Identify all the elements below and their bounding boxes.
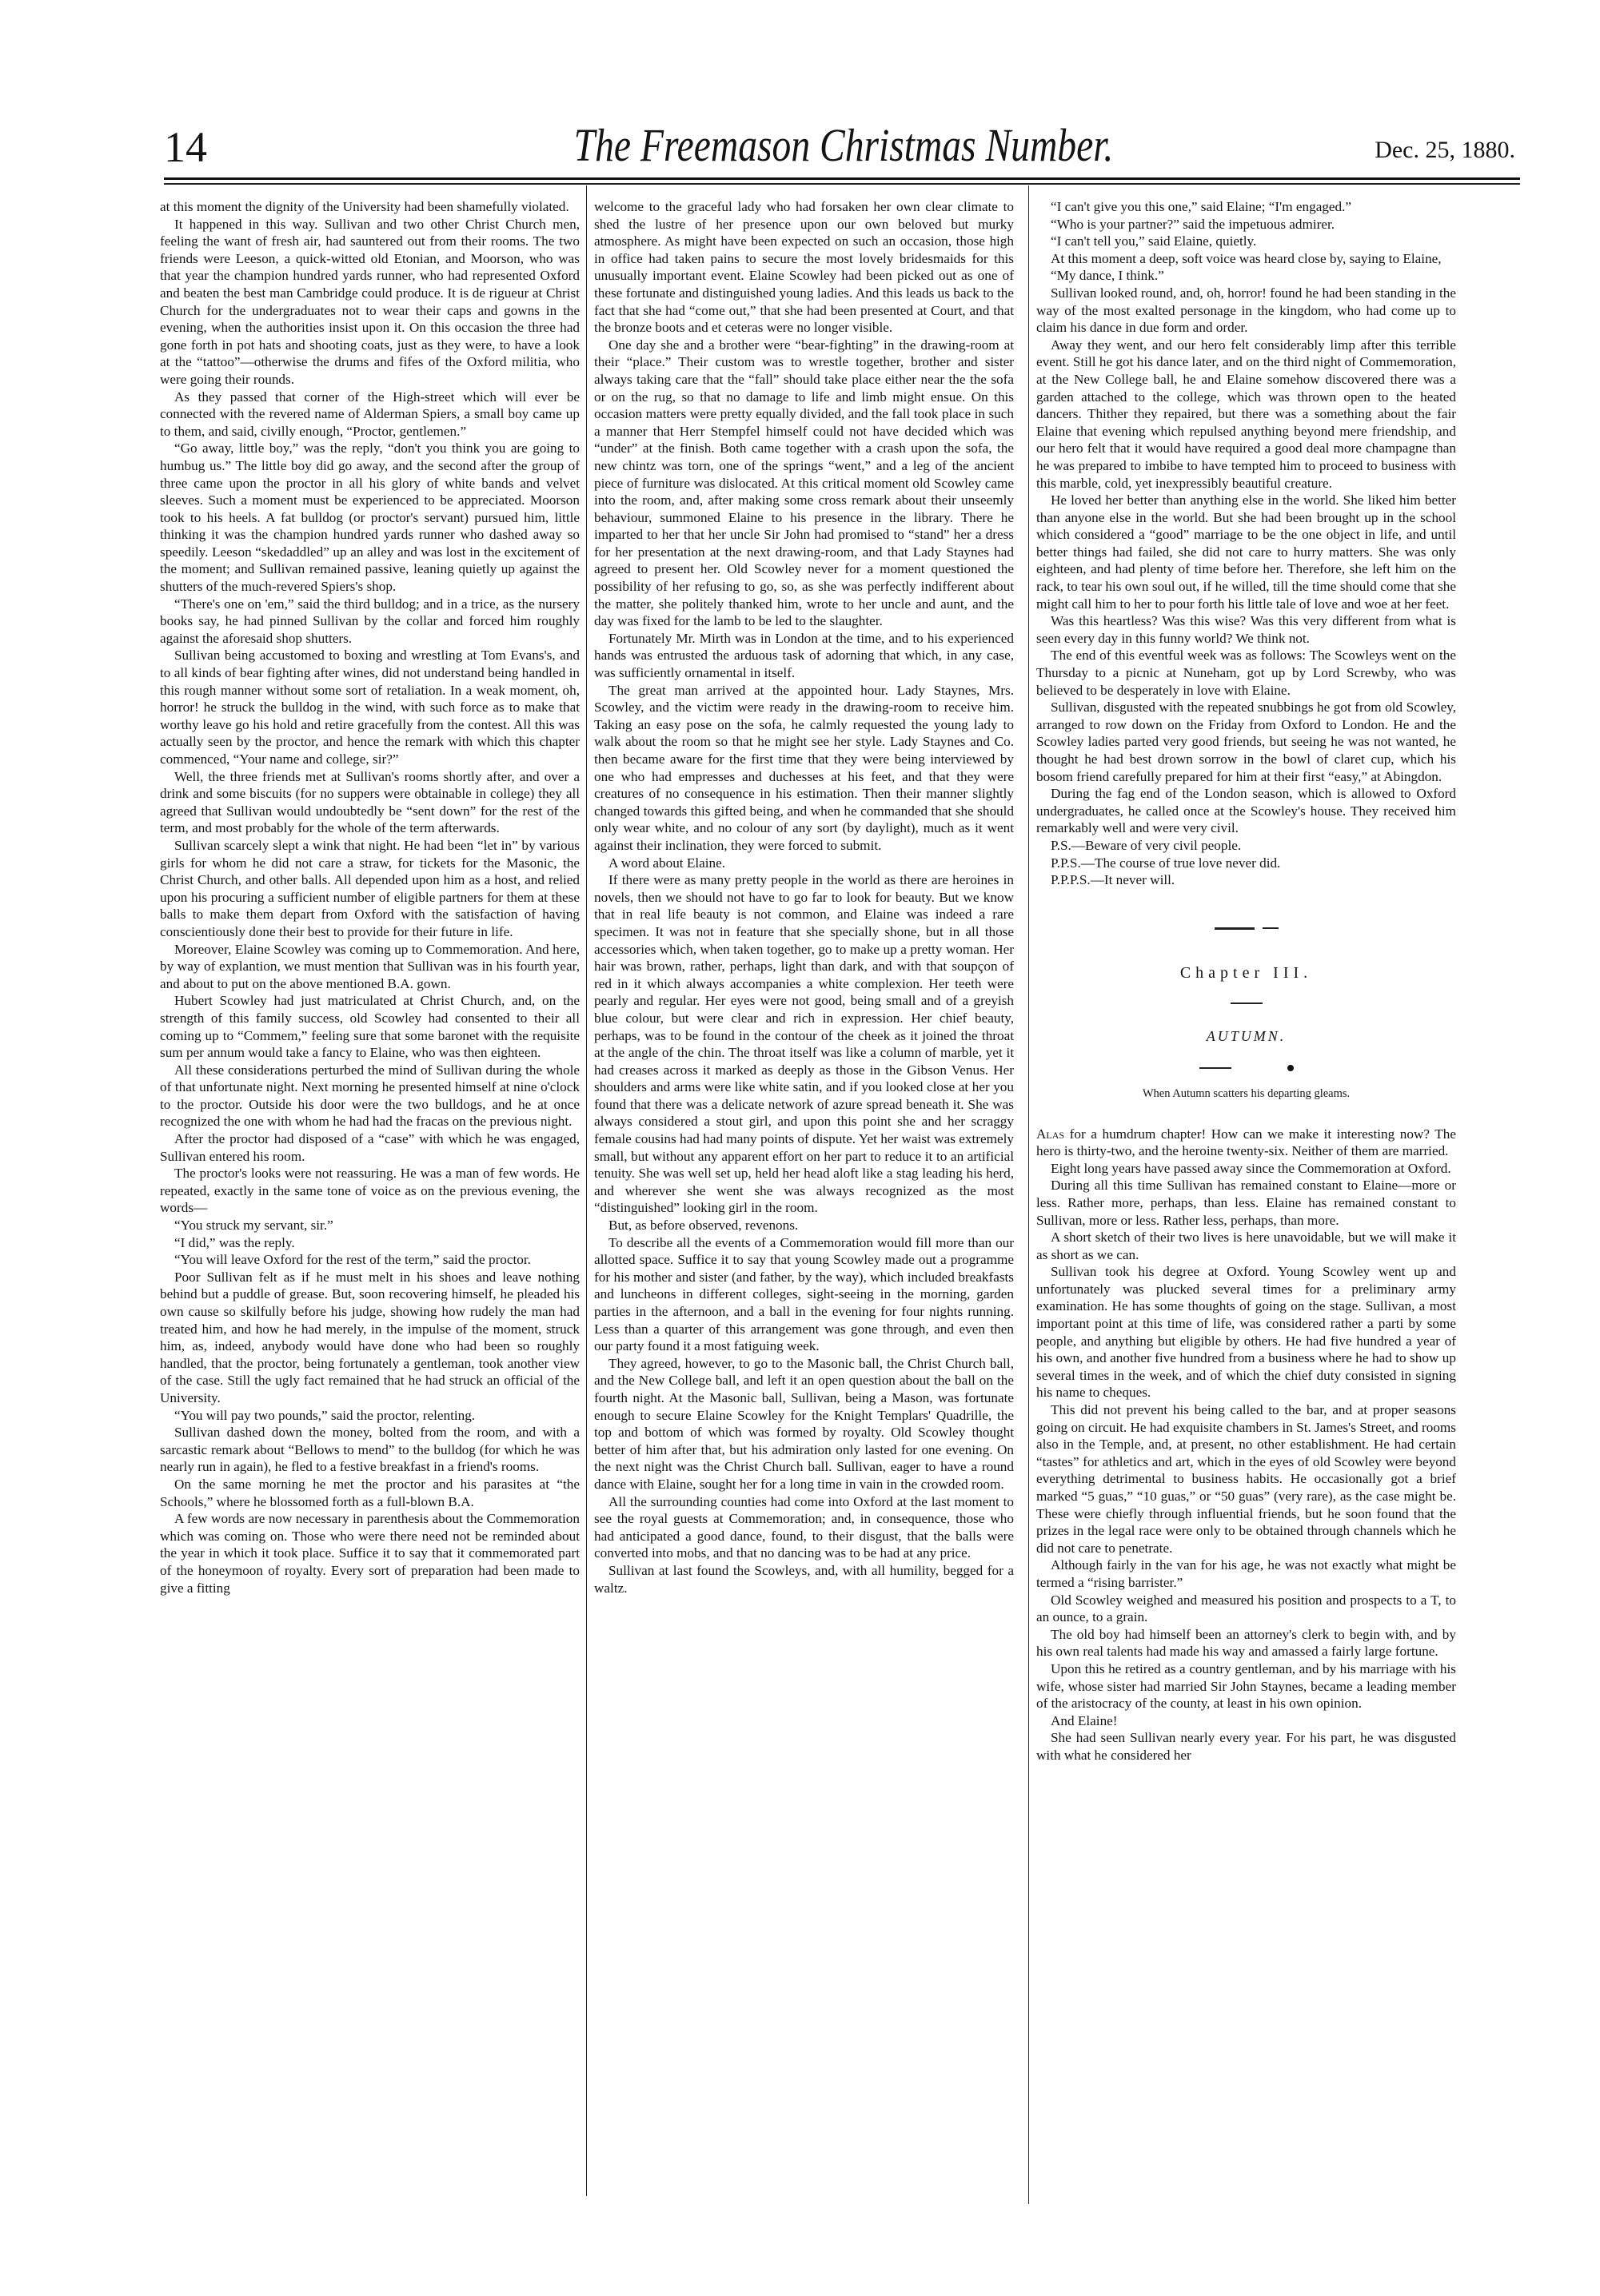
paragraph: As they passed that corner of the High-s… (160, 389, 580, 440)
paragraph: They agreed, however, to go to the Mason… (594, 1355, 1014, 1493)
text-column-3: “I can't give you this one,” said Elaine… (1036, 198, 1456, 1764)
ornament-dot-icon (1287, 1065, 1294, 1071)
paragraph: Moreover, Elaine Scowley was coming up t… (160, 941, 580, 993)
paragraph: Sullivan looked round, and, oh, horror! … (1036, 285, 1456, 337)
column-divider (1028, 185, 1029, 2204)
paragraph: “I can't tell you,” said Elaine, quietly… (1036, 233, 1456, 250)
paragraph: This did not prevent his being called to… (1036, 1401, 1456, 1557)
divider-line (1199, 1067, 1231, 1069)
text-column-2: welcome to the graceful lady who had for… (594, 198, 1014, 1596)
paragraph: Alas for a humdrum chapter! How can we m… (1036, 1126, 1456, 1160)
paragraph: Was this heartless? Was this wise? Was t… (1036, 612, 1456, 647)
paragraph: During the fag end of the London season,… (1036, 785, 1456, 837)
paragraph: Sullivan at last found the Scowleys, and… (594, 1562, 1014, 1596)
newspaper-page: 14 The Freemason Christmas Number. Dec. … (0, 0, 1600, 2296)
paragraph: A short sketch of their two lives is her… (1036, 1229, 1456, 1263)
paragraph: “Who is your partner?” said the impetuou… (1036, 216, 1456, 233)
paragraph: P.P.S.—The course of true love never did… (1036, 855, 1456, 872)
paragraph: Sullivan dashed down the money, bolted f… (160, 1424, 580, 1476)
chapter-3-body: Alas for a humdrum chapter! How can we m… (1036, 1126, 1456, 1764)
header-rule-thick (164, 177, 1520, 180)
divider-line (1215, 927, 1255, 930)
page-number: 14 (164, 123, 207, 171)
paragraph: “Go away, little boy,” was the reply, “d… (160, 440, 580, 595)
paragraph: On the same morning he met the proctor a… (160, 1476, 580, 1510)
issue-date: Dec. 25, 1880. (1375, 134, 1515, 166)
divider-line (1231, 1003, 1263, 1004)
paragraph: Sullivan took his degree at Oxford. Youn… (1036, 1263, 1456, 1401)
paragraph: The great man arrived at the appointed h… (594, 682, 1014, 855)
epigraph: When Autumn scatters his departing gleam… (1036, 1086, 1456, 1103)
paragraph: P.P.P.S.—It never will. (1036, 871, 1456, 889)
chapter-divider (1036, 1003, 1456, 1004)
header-rule-thin (164, 183, 1520, 185)
paragraph: If there were as many pretty people in t… (594, 871, 1014, 1217)
postscripts: P.S.—Beware of very civil people.P.P.S.—… (1036, 837, 1456, 889)
paragraph: It happened in this way. Sullivan and tw… (160, 216, 580, 389)
paragraph: A word about Elaine. (594, 855, 1014, 872)
paragraph: All these considerations perturbed the m… (160, 1062, 580, 1130)
paragraph: Old Scowley weighed and measured his pos… (1036, 1592, 1456, 1626)
subtitle-divider (1036, 1065, 1456, 1071)
masthead: 14 The Freemason Christmas Number. Dec. … (164, 120, 1523, 171)
paragraph: She had seen Sullivan nearly every year.… (1036, 1729, 1456, 1764)
paragraph: But, as before observed, revenons. (594, 1217, 1014, 1234)
paragraph: He loved her better than anything else i… (1036, 492, 1456, 612)
paragraph: Sullivan being accustomed to boxing and … (160, 647, 580, 767)
drop-lead-word: Alas (1036, 1126, 1064, 1142)
paragraph: P.S.—Beware of very civil people. (1036, 837, 1456, 855)
paragraph: “There's one on 'em,” said the third bul… (160, 596, 580, 648)
paragraph: at this moment the dignity of the Univer… (160, 198, 580, 216)
paragraph: Away they went, and our hero felt consid… (1036, 337, 1456, 492)
column-3-body: “I can't give you this one,” said Elaine… (1036, 198, 1456, 837)
paragraph: After the proctor had disposed of a “cas… (160, 1130, 580, 1165)
paragraph: To describe all the events of a Commemor… (594, 1234, 1014, 1355)
paragraph: Sullivan, disgusted with the repeated sn… (1036, 699, 1456, 785)
paragraph: “My dance, I think.” (1036, 267, 1456, 285)
paragraph: The old boy had himself been an attorney… (1036, 1626, 1456, 1660)
paragraph: The proctor's looks were not reassuring.… (160, 1165, 580, 1217)
paragraph: All the surrounding counties had come in… (594, 1493, 1014, 1562)
paragraph: A few words are now necessary in parenth… (160, 1510, 580, 1596)
text-column-1: at this moment the dignity of the Univer… (160, 198, 580, 1596)
paragraph: Poor Sullivan felt as if he must melt in… (160, 1269, 580, 1407)
publication-title: The Freemason Christmas Number. (286, 120, 1401, 171)
paragraph: Hubert Scowley had just matriculated at … (160, 992, 580, 1061)
chapter-subtitle: AUTUMN. (1036, 1028, 1456, 1046)
divider-line (1263, 927, 1279, 929)
section-divider (1036, 927, 1456, 930)
paragraph: “You struck my servant, sir.” (160, 1217, 580, 1234)
paragraph: “I did,” was the reply. (160, 1234, 580, 1252)
paragraph: welcome to the graceful lady who had for… (594, 198, 1014, 337)
chapter-heading: Chapter III. (1036, 965, 1456, 983)
paragraph: Well, the three friends met at Sullivan'… (160, 768, 580, 837)
paragraph: During all this time Sullivan has remain… (1036, 1177, 1456, 1229)
column-divider (586, 185, 587, 2196)
paragraph: Sullivan scarcely slept a wink that nigh… (160, 837, 580, 941)
paragraph: “You will leave Oxford for the rest of t… (160, 1251, 580, 1269)
paragraph: Eight long years have passed away since … (1036, 1160, 1456, 1178)
paragraph: Although fairly in the van for his age, … (1036, 1557, 1456, 1591)
paragraph: The end of this eventful week was as fol… (1036, 647, 1456, 699)
paragraph: One day she and a brother were “bear-fig… (594, 337, 1014, 630)
paragraph: Upon this he retired as a country gentle… (1036, 1660, 1456, 1712)
paragraph: At this moment a deep, soft voice was he… (1036, 250, 1456, 268)
paragraph: Fortunately Mr. Mirth was in London at t… (594, 630, 1014, 682)
paragraph: “I can't give you this one,” said Elaine… (1036, 198, 1456, 216)
paragraph: And Elaine! (1036, 1712, 1456, 1730)
paragraph: “You will pay two pounds,” said the proc… (160, 1407, 580, 1425)
